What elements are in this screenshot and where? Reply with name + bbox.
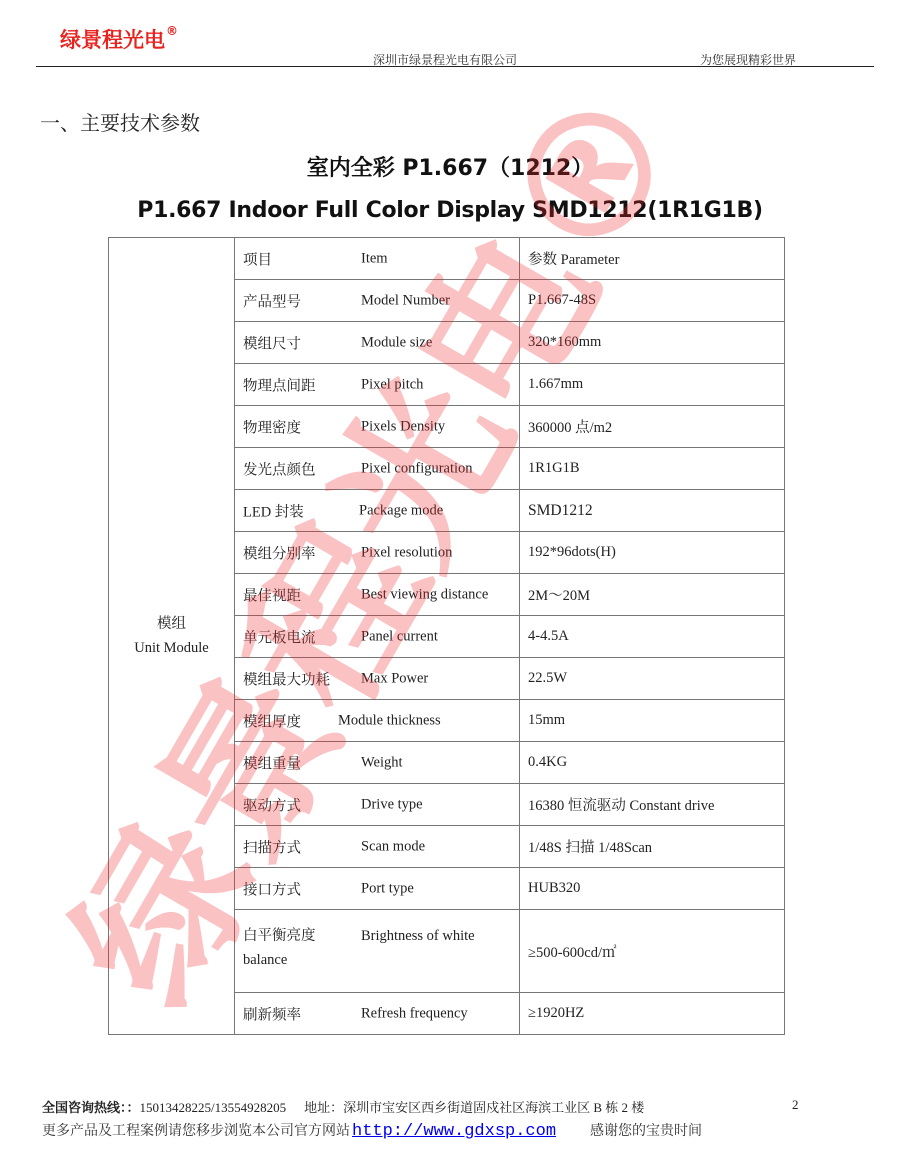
item-name-cn: 物理点间距: [243, 374, 316, 395]
item-cell: 单元板电流Panel current: [235, 616, 520, 658]
value-cell: 15mm: [520, 700, 785, 742]
item-cell: 模组厚度Module thickness: [235, 700, 520, 742]
value-cell: 16380 恒流驱动 Constant drive: [520, 784, 785, 826]
logo-text: 绿景程光电: [60, 28, 165, 52]
page-title-en: P1.667 Indoor Full Color Display SMD1212…: [0, 198, 900, 223]
item-cell: 模组最大功耗Max Power: [235, 658, 520, 700]
hotline-numbers: 15013428225/13554928205: [140, 1100, 287, 1115]
table-row: 模组Unit Module项目Item参数 Parameter: [109, 238, 785, 280]
value-cell: 1/48S 扫描 1/48Scan: [520, 826, 785, 868]
item-name-en: Module size: [361, 334, 432, 351]
item-cell: LED 封装Package mode: [235, 490, 520, 532]
item-name-cn: 发光点颜色: [243, 458, 316, 479]
value-cell: 4-4.5A: [520, 616, 785, 658]
item-cell: 发光点颜色Pixel configuration: [235, 448, 520, 490]
item-cell: 最佳视距Best viewing distance: [235, 574, 520, 616]
item-name-cn: 模组重量: [243, 752, 301, 773]
value-cell: 192*96dots(H): [520, 532, 785, 574]
item-cell: 白平衡亮度balanceBrightness of white: [235, 910, 520, 993]
group-label: 模组Unit Module: [109, 238, 235, 1035]
company-logo: 绿景程光电®: [60, 24, 178, 54]
value-cell: ≥1920HZ: [520, 993, 785, 1035]
more-products-text: 更多产品及工程案例请您移步浏览本公司官方网站: [42, 1124, 350, 1139]
item-cell: 项目Item: [235, 238, 520, 280]
item-name-cn: 物理密度: [243, 416, 301, 437]
item-name-cn: 驱动方式: [243, 794, 301, 815]
item-cell: 物理点间距Pixel pitch: [235, 364, 520, 406]
item-name-cn: 模组厚度: [243, 710, 301, 731]
item-name-en: Scan mode: [361, 838, 425, 855]
website-link[interactable]: http://www.gdxsp.com: [352, 1122, 556, 1141]
item-cell: 驱动方式Drive type: [235, 784, 520, 826]
item-name-cn: 模组尺寸: [243, 332, 301, 353]
item-name-en: Module thickness: [338, 712, 441, 729]
spec-table: 模组Unit Module项目Item参数 Parameter产品型号Model…: [108, 237, 785, 1035]
value-cell: ≥500-600cd/㎡: [520, 910, 785, 993]
item-cell: 刷新频率Refresh frequency: [235, 993, 520, 1035]
value-cell: 0.4KG: [520, 742, 785, 784]
item-name-en: Panel current: [361, 628, 438, 645]
page-number: 2: [792, 1097, 799, 1113]
item-cell: 物理密度Pixels Density: [235, 406, 520, 448]
item-name-cn: 接口方式: [243, 878, 301, 899]
header-divider: [36, 66, 874, 67]
item-name-en: Drive type: [361, 796, 423, 813]
thanks-text: 感谢您的宝贵时间: [590, 1124, 702, 1139]
value-cell: 320*160mm: [520, 322, 785, 364]
value-cell: 参数 Parameter: [520, 238, 785, 280]
page-title-cn: 室内全彩 P1.667（1212）: [0, 151, 900, 182]
item-name-cn: 项目: [243, 248, 272, 269]
group-label-en: Unit Module: [109, 636, 234, 660]
item-name-cn-line1: 白平衡亮度: [243, 928, 316, 944]
item-name-en: Pixels Density: [361, 418, 445, 435]
item-name-cn: 白平衡亮度balance: [243, 924, 316, 972]
value-cell: 1.667mm: [520, 364, 785, 406]
item-name-en: Pixel configuration: [361, 460, 473, 477]
value-cell: SMD1212: [520, 490, 785, 532]
item-name-cn: 单元板电流: [243, 626, 316, 647]
item-name-en: Weight: [361, 754, 403, 771]
item-name-en: Item: [361, 250, 388, 267]
item-name-cn: LED 封装: [243, 500, 304, 521]
registered-mark-icon: ®: [166, 24, 178, 38]
item-name-en: Refresh frequency: [361, 1005, 468, 1022]
address: 地址：深圳市宝安区西乡街道固戍社区海滨工业区 B 栋 2 楼: [304, 1100, 644, 1115]
item-cell: 接口方式Port type: [235, 868, 520, 910]
item-cell: 模组尺寸Module size: [235, 322, 520, 364]
item-name-en: Pixel resolution: [361, 544, 452, 561]
footer-contact-line: 全国咨询热线：：15013428225/13554928205地址：深圳市宝安区…: [42, 1097, 644, 1116]
value-cell: 360000 点/m2: [520, 406, 785, 448]
item-name-en: Model Number: [361, 292, 450, 309]
item-cell: 模组分别率Pixel resolution: [235, 532, 520, 574]
section-heading: 一、主要技术参数: [40, 107, 200, 136]
item-cell: 扫描方式Scan mode: [235, 826, 520, 868]
item-name-cn-line2: balance: [243, 952, 287, 968]
value-cell: 2M～20M: [520, 574, 785, 616]
value-cell: 22.5W: [520, 658, 785, 700]
item-name-cn: 模组分别率: [243, 542, 316, 563]
footer-website-line: 更多产品及工程案例请您移步浏览本公司官方网站http://www.gdxsp.c…: [42, 1120, 702, 1141]
item-name-cn: 产品型号: [243, 290, 301, 311]
group-label-cn: 模组: [109, 612, 234, 636]
item-name-en: Best viewing distance: [361, 586, 488, 603]
item-name-en: Max Power: [361, 670, 428, 687]
item-name-cn: 模组最大功耗: [243, 668, 330, 689]
item-name-en: Package mode: [359, 502, 443, 519]
item-name-en: Brightness of white: [361, 924, 475, 948]
item-name-en: Port type: [361, 880, 414, 897]
value-cell: HUB320: [520, 868, 785, 910]
item-name-cn: 最佳视距: [243, 584, 301, 605]
item-name-en: Pixel pitch: [361, 376, 423, 393]
item-name-cn: 刷新频率: [243, 1003, 301, 1024]
value-cell: P1.667-48S: [520, 280, 785, 322]
item-name-cn: 扫描方式: [243, 836, 301, 857]
item-cell: 模组重量Weight: [235, 742, 520, 784]
hotline-label: 全国咨询热线：：: [42, 1100, 140, 1115]
item-cell: 产品型号Model Number: [235, 280, 520, 322]
value-cell: 1R1G1B: [520, 448, 785, 490]
